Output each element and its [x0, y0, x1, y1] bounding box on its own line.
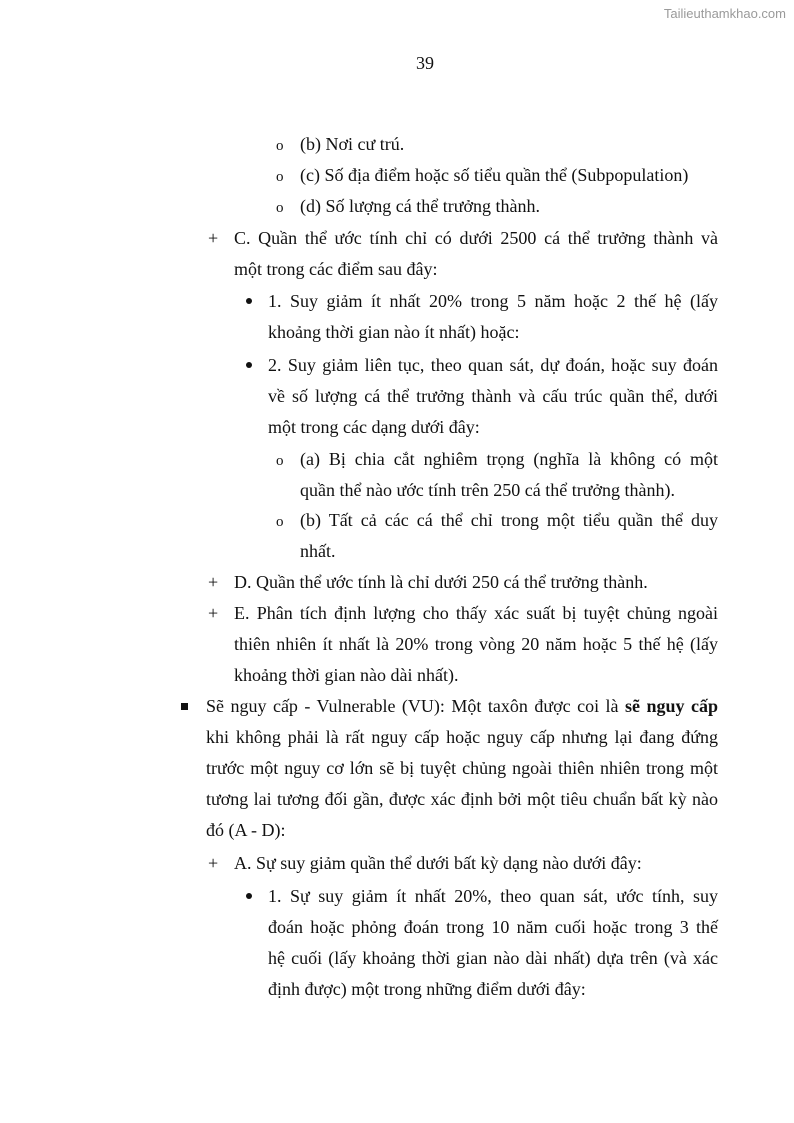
plus-bullet-icon: +: [208, 852, 218, 874]
list-item-cont: về số lượng cá thể trưởng thành và cấu t…: [268, 385, 718, 407]
criterion-e-cont: thiên nhiên ít nhất là 20% trong vòng 20…: [234, 633, 718, 655]
vulnerable-cont: đó (A - D):: [206, 819, 286, 841]
list-item-cont: hệ cuối (lấy khoảng thời gian nào dài nh…: [268, 947, 718, 969]
plus-bullet-icon: +: [208, 227, 218, 249]
list-item: 2. Suy giảm liên tục, theo quan sát, dự …: [268, 354, 718, 376]
plus-bullet-icon: +: [208, 571, 218, 593]
vulnerable-cont: khi không phải là rất nguy cấp hoặc nguy…: [206, 726, 718, 748]
list-item: (b) Nơi cư trú.: [300, 133, 404, 155]
criterion-c: C. Quần thể ước tính chỉ có dưới 2500 cá…: [234, 227, 718, 249]
vu-bold-term: sẽ nguy cấp: [625, 696, 718, 716]
circle-bullet-icon: o: [276, 166, 284, 188]
vu-text: Sẽ nguy cấp - Vulnerable (VU): Một taxôn…: [206, 696, 625, 716]
list-item-cont: một trong các dạng dưới đây:: [268, 416, 480, 438]
page-number: 39: [0, 53, 794, 74]
list-item: 1. Sự suy giảm ít nhất 20%, theo quan sá…: [268, 885, 718, 907]
list-item-cont: quần thể nào ước tính trên 250 cá thể tr…: [300, 479, 675, 501]
vulnerable-cont: tương lai tương đối gần, được xác định b…: [206, 788, 718, 810]
list-item: 1. Suy giảm ít nhất 20% trong 5 năm hoặc…: [268, 290, 718, 312]
circle-bullet-icon: o: [276, 511, 284, 533]
circle-bullet-icon: o: [276, 197, 284, 219]
list-item-cont: khoảng thời gian nào ít nhất) hoặc:: [268, 321, 519, 343]
bullet-icon: [246, 362, 252, 368]
criterion-c-cont: một trong các điểm sau đây:: [234, 258, 437, 280]
list-item: (c) Số địa điểm hoặc số tiểu quần thể (S…: [300, 164, 688, 186]
circle-bullet-icon: o: [276, 450, 284, 472]
bullet-icon: [246, 298, 252, 304]
list-item-cont: đoán hoặc phỏng đoán trong 10 năm cuối h…: [268, 916, 718, 938]
watermark: Tailieuthamkhao.com: [664, 6, 786, 21]
criterion-e: E. Phân tích định lượng cho thấy xác suấ…: [234, 602, 718, 624]
plus-bullet-icon: +: [208, 602, 218, 624]
list-item-cont: nhất.: [300, 540, 336, 562]
circle-bullet-icon: o: [276, 135, 284, 157]
list-item-cont: định được) một trong những điểm dưới đây…: [268, 978, 586, 1000]
vulnerable-cont: trước một nguy cơ lớn sẽ bị tuyệt chủng …: [206, 757, 718, 779]
bullet-icon: [246, 893, 252, 899]
criterion-e-cont: khoảng thời gian nào dài nhất).: [234, 664, 458, 686]
vu-criterion-a: A. Sự suy giảm quần thể dưới bất kỳ dạng…: [234, 852, 642, 874]
criterion-d: D. Quần thể ước tính là chỉ dưới 250 cá …: [234, 571, 648, 593]
square-bullet-icon: [181, 703, 188, 710]
vulnerable-heading: Sẽ nguy cấp - Vulnerable (VU): Một taxôn…: [206, 695, 718, 717]
list-item: (d) Số lượng cá thể trưởng thành.: [300, 195, 540, 217]
list-item: (a) Bị chia cắt nghiêm trọng (nghĩa là k…: [300, 448, 718, 470]
list-item: (b) Tất cả các cá thể chỉ trong một tiểu…: [300, 509, 718, 531]
